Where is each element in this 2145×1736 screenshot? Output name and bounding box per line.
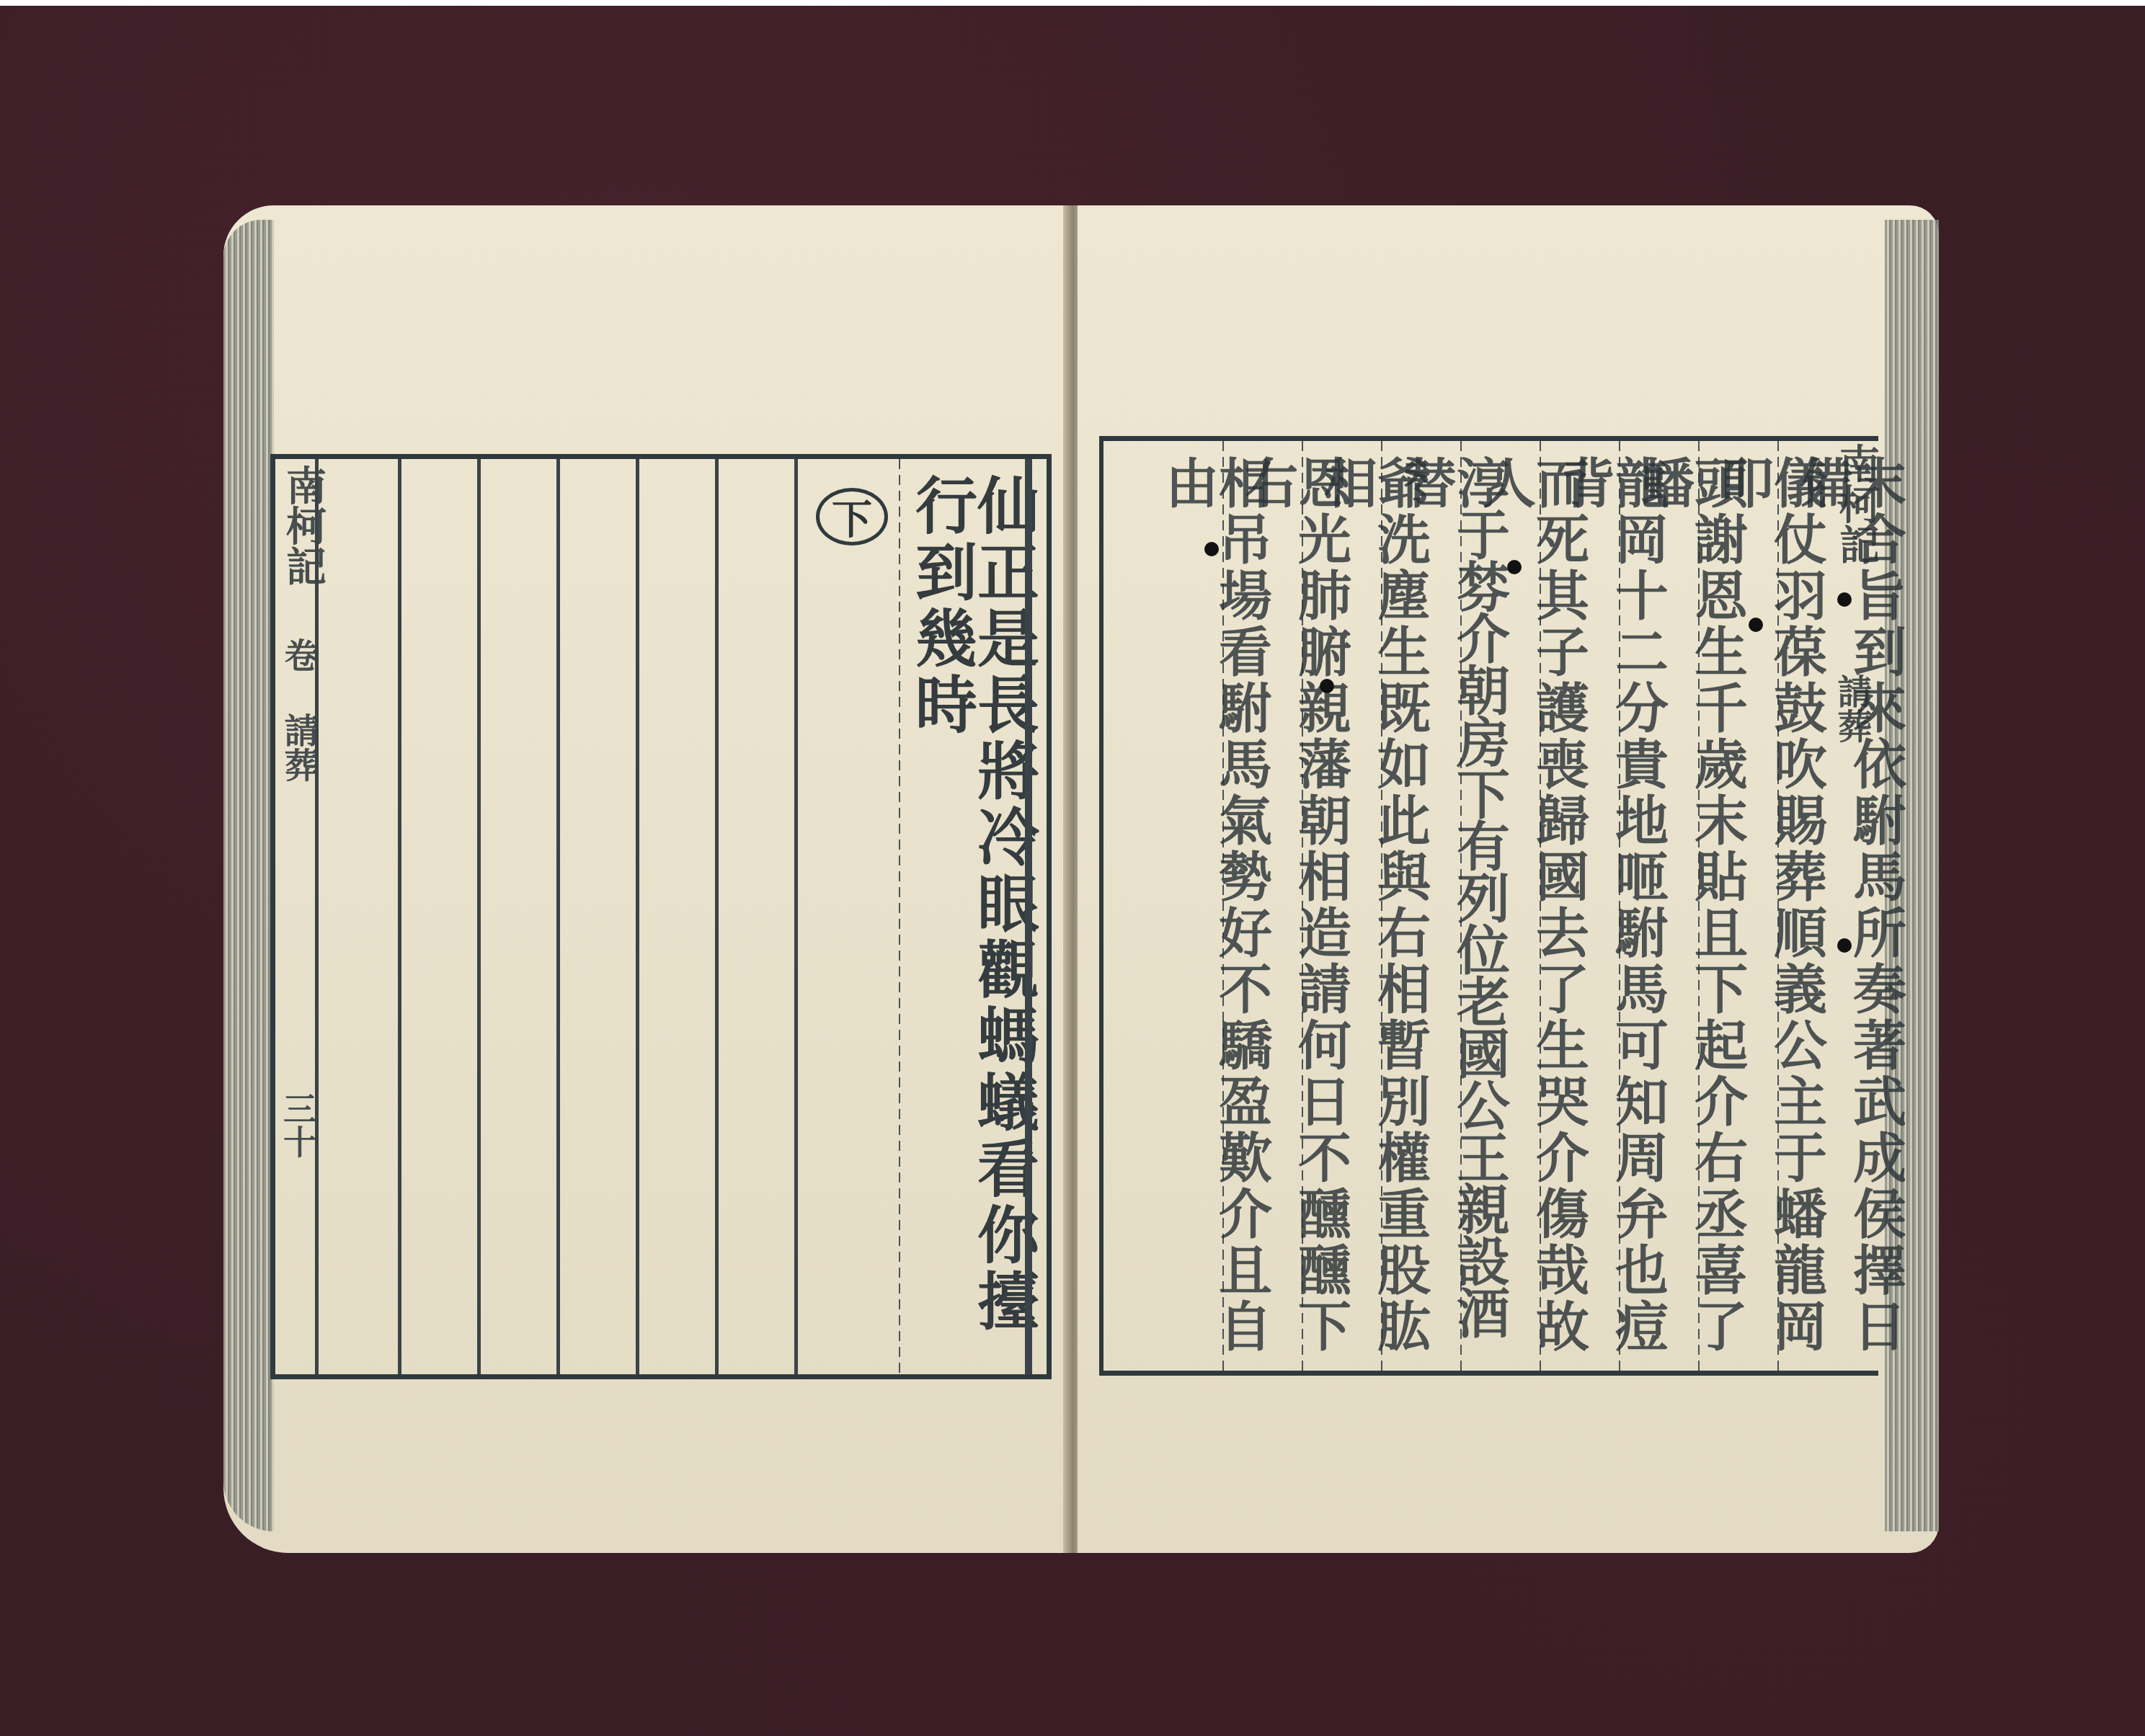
punctuation-dot — [1837, 592, 1852, 607]
left-page-frame: 下 仙正是長將冷眼觀螞蟻看你擡行到幾時 — [270, 454, 1052, 1379]
right-page-frame: 末合旨到來依駙馬所奏著武成侯擇日備 儀仗羽葆鼓吹賜葬順義公主于蟠龍岡叩 頭謝恩生… — [1099, 436, 1878, 1376]
punctuation-dot — [1749, 618, 1763, 632]
left-text-column: 仙正是長將冷眼觀螞蟻看你擡行到幾時 — [910, 473, 1034, 1374]
column-rule — [556, 459, 560, 1374]
punctuation-dot — [1837, 938, 1852, 953]
column-rule — [398, 459, 401, 1374]
stage-mark-circle: 下 — [816, 488, 888, 546]
page-edges-left — [223, 220, 274, 1531]
column-rule — [899, 459, 900, 1374]
punctuation-dot — [1204, 542, 1219, 556]
column-rule — [315, 459, 319, 1374]
column-rule — [715, 459, 719, 1374]
text-column: 相吊場看駙馬氣勢好不驕盈歎介且自由 — [1161, 455, 1268, 1371]
left-page: 南柯記 卷 請葬 三十 下 仙正是長將冷眼觀螞蟻看你擡行到幾時 — [223, 205, 1070, 1553]
column-rule — [477, 459, 481, 1374]
punctuation-dot — [1507, 560, 1522, 574]
outer-rule — [1025, 459, 1032, 1374]
column-rule — [794, 459, 798, 1374]
open-book: 南柯記 卷 請葬 三十 下 仙正是長將冷眼觀螞蟻看你擡行到幾時 南柯記 請葬 末… — [223, 205, 1939, 1553]
stage-mark-text: 下 — [832, 488, 872, 546]
top-white-strip — [0, 0, 2145, 6]
punctuation-dot — [1320, 679, 1334, 693]
column-rule — [636, 459, 639, 1374]
